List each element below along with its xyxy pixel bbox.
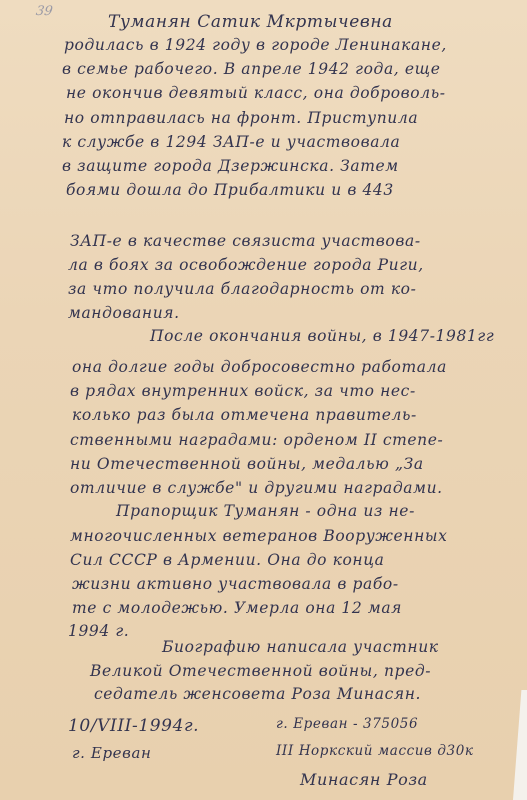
body-line: ЗАП-е в качестве связиста участвова- bbox=[70, 232, 421, 250]
body-line: Биографию написала участник bbox=[162, 638, 439, 656]
body-line: После окончания войны, в 1947-1981гг bbox=[150, 327, 494, 345]
body-line: жизни активно участвовала в рабо- bbox=[72, 575, 399, 593]
body-line: она долгие годы добросовестно работала bbox=[72, 358, 447, 376]
body-line: в семье рабочего. В апреле 1942 года, ещ… bbox=[62, 60, 441, 78]
body-line: седатель женсовета Роза Минасян. bbox=[94, 685, 421, 703]
body-line: боями дошла до Прибалтики и в 443 bbox=[66, 181, 394, 199]
body-line: ла в боях за освобождение города Риги, bbox=[68, 256, 424, 274]
body-line: Прапорщик Туманян - одна из не- bbox=[116, 502, 415, 520]
footer-address-line2: III Норкский массив д30к bbox=[276, 743, 474, 759]
footer-date: 10/VIII-1994г. bbox=[68, 716, 199, 736]
body-line: многочисленных ветеранов Вооруженных bbox=[70, 527, 447, 545]
body-line: за что получила благодарность от ко- bbox=[68, 280, 416, 298]
body-line: Сил СССР в Армении. Она до конца bbox=[70, 551, 384, 569]
body-line: ственными наградами: орденом II степе- bbox=[70, 431, 443, 449]
footer-address-line1: г. Ереван - 375056 bbox=[276, 716, 418, 732]
document-title: Туманян Сатик Мкртычевна bbox=[108, 12, 393, 32]
body-line: колько раз была отмечена правитель- bbox=[72, 406, 417, 424]
handwritten-document-page: 39 Туманян Сатик Мкртычевна родилась в 1… bbox=[0, 0, 527, 800]
body-line: к службе в 1294 ЗАП-е и участвовала bbox=[62, 133, 400, 151]
body-line: но отправилась на фронт. Приступила bbox=[64, 109, 418, 127]
page-number: 39 bbox=[35, 4, 54, 19]
body-line: отличие в службе" и другими наградами. bbox=[70, 479, 443, 497]
body-line: не окончив девятый класс, она доброволь- bbox=[66, 84, 446, 102]
body-line: Великой Отечественной войны, пред- bbox=[90, 662, 431, 680]
body-line: родилась в 1924 году в городе Ленинакане… bbox=[64, 36, 447, 54]
body-line: мандования. bbox=[68, 304, 180, 322]
body-line: 1994 г. bbox=[68, 622, 129, 640]
page-edge bbox=[513, 690, 527, 800]
body-line: ни Отечественной войны, медалью „За bbox=[70, 455, 424, 473]
body-line: в защите города Дзержинска. Затем bbox=[62, 157, 399, 175]
body-line: те с молодежью. Умерла она 12 мая bbox=[72, 599, 402, 617]
body-line: в рядах внутренних войск, за что нес- bbox=[70, 382, 416, 400]
signature: Минасян Роза bbox=[300, 770, 428, 789]
footer-city: г. Ереван bbox=[72, 744, 152, 762]
